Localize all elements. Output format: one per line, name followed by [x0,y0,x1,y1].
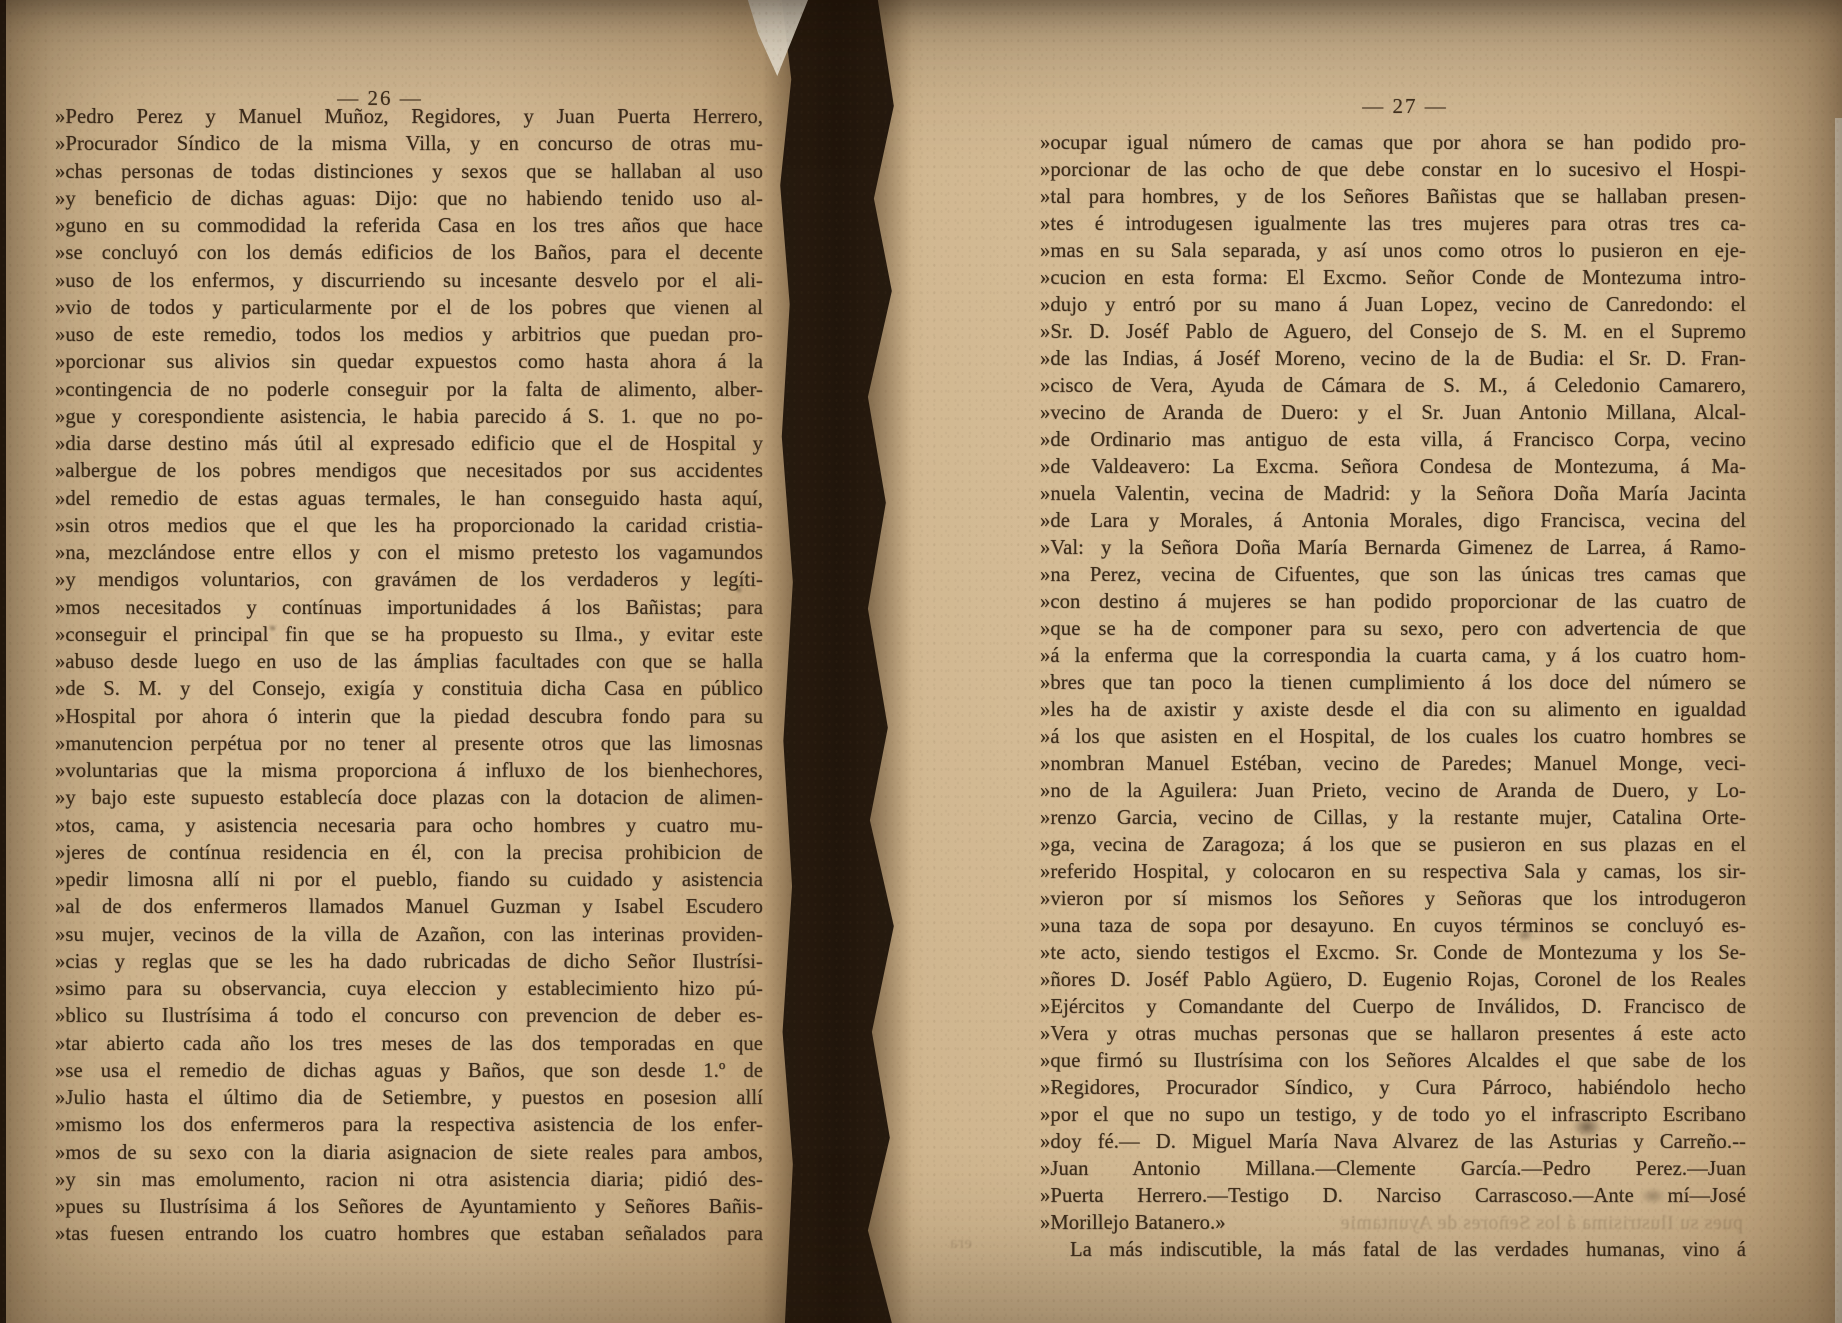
text-line: »mos de su sexo con la diaria asignacion… [55,1140,763,1167]
text-line: »manutencion perpétua por no tener al pr… [55,731,763,758]
text-column-right: »ocupar igual número de camas que por ah… [1040,130,1746,1264]
text-line: »renzo Garcia, vecino de Cillas, y la re… [1040,805,1746,832]
text-line: »uso de este remedio, todos los medios y… [55,322,763,349]
text-line: »gue y corespondiente asistencia, le hab… [55,404,763,431]
text-line: »tas fuesen entrando los cuatro hombres … [55,1221,763,1248]
text-line: »pues su Ilustrísima á los Señores de Ay… [55,1194,763,1221]
text-line: »simo para su observancia, cuya eleccion… [55,976,763,1003]
text-line: »bres que tan poco la tienen cumplimient… [1040,670,1746,697]
text-line: »vio de todos y particularmente por el d… [55,295,763,322]
text-line: »referido Hospital, y colocaron en su re… [1040,859,1746,886]
text-line: »te acto, siendo testigos el Excmo. Sr. … [1040,940,1746,967]
text-line: »de Lara y Morales, á Antonia Morales, d… [1040,508,1746,535]
text-line: »vecino de Aranda de Duero: y el Sr. Jua… [1040,400,1746,427]
text-line: »Hospital por ahora ó interin que la pie… [55,704,763,731]
text-line: »jeres de contínua residencia en él, con… [55,840,763,867]
text-line: »les ha de axistir y axiste desde el dia… [1040,697,1746,724]
text-line: »no de la Aguilera: Juan Prieto, vecino … [1040,778,1746,805]
text-line: »Pedro Perez y Manuel Muñoz, Regidores, … [55,104,763,131]
text-line: »una taza de sopa por desayuno. En cuyos… [1040,913,1746,940]
text-line: »Morillejo Batanero.» [1040,1210,1746,1237]
text-line: »na Perez, vecina de Cifuentes, que son … [1040,562,1746,589]
text-line: »Juan Antonio Millana.—Clemente García.—… [1040,1156,1746,1183]
text-line: »dujo y entró por su mano á Juan Lopez, … [1040,292,1746,319]
text-line: »tes é introdugesen igualmente las tres … [1040,211,1746,238]
text-line: »mas en su Sala separada, y así unos com… [1040,238,1746,265]
text-line: »al de dos enfermeros llamados Manuel Gu… [55,894,763,921]
text-line: »Procurador Síndico de la misma Villa, y… [55,131,763,158]
text-line: »que se ha de componer para su sexo, per… [1040,616,1746,643]
text-line: »porcionar sus alivios sin quedar expues… [55,349,763,376]
text-line: »Ejércitos y Comandante del Cuerpo de In… [1040,994,1746,1021]
text-line: »Sr. D. Joséf Pablo de Aguero, del Conse… [1040,319,1746,346]
text-line: »pedir limosna allí ni por el pueblo, fi… [55,867,763,894]
text-line: »uso de los enfermos, y discurriendo su … [55,268,763,295]
text-line: »su mujer, vecinos de la villa de Azañon… [55,922,763,949]
text-line: »y mendigos voluntarios, con gravámen de… [55,567,763,594]
text-column-left: »Pedro Perez y Manuel Muñoz, Regidores, … [55,104,763,1249]
text-line: »y bajo este supuesto establecía doce pl… [55,785,763,812]
text-line: »contingencia de no poderle conseguir po… [55,377,763,404]
text-line: »á la enferma que la correspondia la cua… [1040,643,1746,670]
text-line: »Julio hasta el último dia de Setiembre,… [55,1085,763,1112]
text-line: »sin otros medios que el que les ha prop… [55,513,763,540]
text-line: »á los que asisten en el Hospital, de lo… [1040,724,1746,751]
text-line: »chas personas de todas distinciones y s… [55,159,763,186]
text-line: »ñores D. Joséf Pablo Agüero, D. Eugenio… [1040,967,1746,994]
text-line: »con destino á mujeres se han podido pro… [1040,589,1746,616]
text-line: »blico su Ilustrísima á todo el concurso… [55,1003,763,1030]
text-line: »de S. M. y del Consejo, exigía y consti… [55,676,763,703]
text-line: »nuela Valentin, vecina de Madrid: y la … [1040,481,1746,508]
text-line: »se concluyó con los demás edificios de … [55,240,763,267]
text-line: »Puerta Herrero.—Testigo D. Narciso Carr… [1040,1183,1746,1210]
text-line: »cucion en esta forma: El Excmo. Señor C… [1040,265,1746,292]
text-line: »Regidores, Procurador Síndico, y Cura P… [1040,1075,1746,1102]
text-line: »por el que no supo un testigo, y de tod… [1040,1102,1746,1129]
scanner-edge-sliver [1835,118,1842,1323]
text-line: »tar abierto cada año los tres meses de … [55,1031,763,1058]
text-line: »porcionar de las ocho de que debe const… [1040,157,1746,184]
text-line: »mos necesitados y contínuas importunida… [55,595,763,622]
text-line: »de las Indias, á Joséf Moreno, vecino d… [1040,346,1746,373]
text-line: »na, mezclándose entre ellos y con el mi… [55,540,763,567]
text-line: »abuso desde luego en uso de las ámplias… [55,649,763,676]
text-line: »Vera y otras muchas personas que se hal… [1040,1021,1746,1048]
text-line: »tal para hombres, y de los Señores Bañi… [1040,184,1746,211]
text-line: »que firmó su Ilustrísima con los Señore… [1040,1048,1746,1075]
text-line: »cias y reglas que se les ha dado rubric… [55,949,763,976]
text-line: »dia darse destino más útil al expresado… [55,431,763,458]
book-scan: — 26 — — 27 — »Pedro Perez y Manuel Muño… [0,0,1842,1323]
page-number-right: — 27 — [1040,94,1770,120]
text-line: »vieron por sí mismos los Señores y Seño… [1040,886,1746,913]
text-line: »doy fé.— D. Miguel María Nava Alvarez d… [1040,1129,1746,1156]
text-line: »de Ordinario mas antiguo de esta villa,… [1040,427,1746,454]
text-line: La más indiscutible, la más fatal de las… [1040,1237,1746,1264]
text-line: »cisco de Vera, Ayuda de Cámara de S. M.… [1040,373,1746,400]
text-line: »nombran Manuel Estéban, vecino de Pared… [1040,751,1746,778]
text-line: »y beneficio de dichas aguas: Dijo: que … [55,186,763,213]
text-line: »guno en su commodidad la referida Casa … [55,213,763,240]
text-line: »ocupar igual número de camas que por ah… [1040,130,1746,157]
text-line: »albergue de los pobres mendigos que nec… [55,458,763,485]
text-line: »Val: y la Señora Doña María Bernarda Gi… [1040,535,1746,562]
text-line: »voluntarias que la misma proporciona á … [55,758,763,785]
text-line: »del remedio de estas aguas termales, le… [55,486,763,513]
text-line: »tos, cama, y asistencia necesaria para … [55,813,763,840]
text-line: »conseguir el principal fin que se ha pr… [55,622,763,649]
text-line: »ga, vecina de Zaragoza; á los que se pu… [1040,832,1746,859]
text-line: »de Valdeavero: La Excma. Señora Condesa… [1040,454,1746,481]
text-line: »mismo los dos enfermeros para la respec… [55,1112,763,1139]
text-line: »y sin mas emolumento, racion ni otra as… [55,1167,763,1194]
text-line: »se usa el remedio de dichas aguas y Bañ… [55,1058,763,1085]
